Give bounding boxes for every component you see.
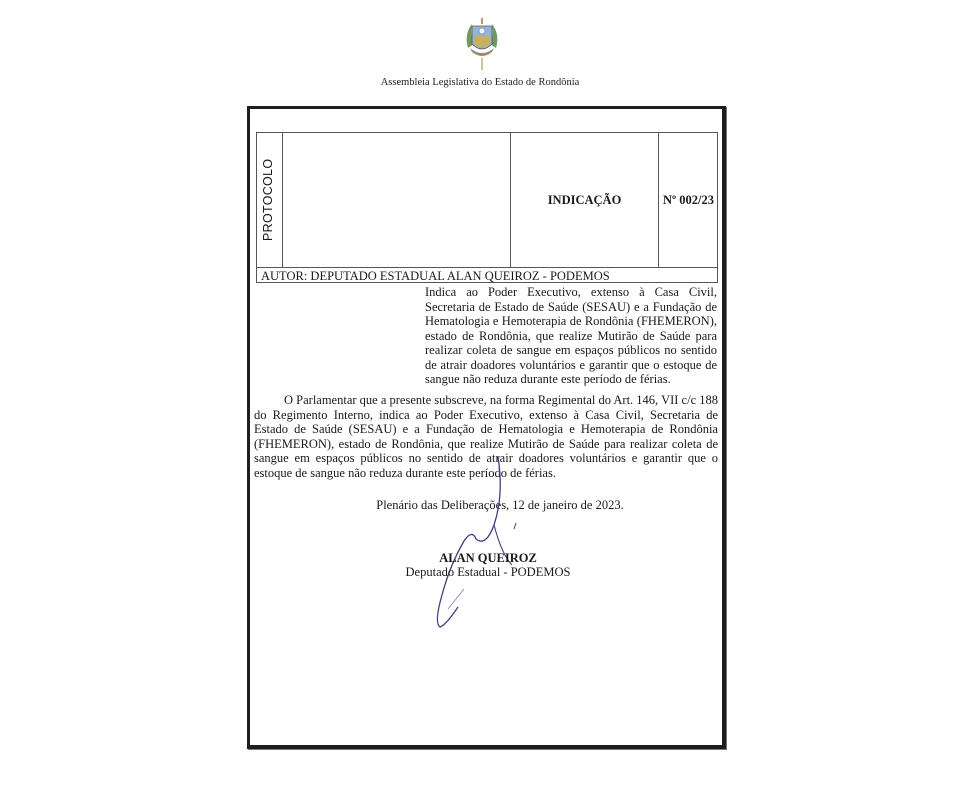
document-number-cell: Nº 002/23 [659,133,718,267]
assembly-name: Assembleia Legislativa do Estado de Rond… [0,77,960,88]
signer-name: ALAN QUEIROZ [0,551,960,566]
handwritten-signature-icon [420,455,540,635]
protocol-stamp-area [283,133,511,267]
document-number: Nº 002/23 [663,193,714,208]
protocolo-cell: PROTOCOLO [257,133,283,267]
protocol-header-table: PROTOCOLO INDICAÇÃO Nº 002/23 AUTOR: DEP… [256,132,718,283]
signer-role: Deputado Estadual - PODEMOS [0,565,960,580]
author-row: AUTOR: DEPUTADO ESTADUAL ALAN QUEIROZ - … [257,267,717,283]
summary-paragraph: Indica ao Poder Executivo, extenso à Cas… [425,285,717,387]
document-type-cell: INDICAÇÃO [511,133,659,267]
state-coat-of-arms-icon [460,14,504,72]
document-type: INDICAÇÃO [548,193,622,208]
protocolo-label: PROTOCOLO [261,159,275,241]
